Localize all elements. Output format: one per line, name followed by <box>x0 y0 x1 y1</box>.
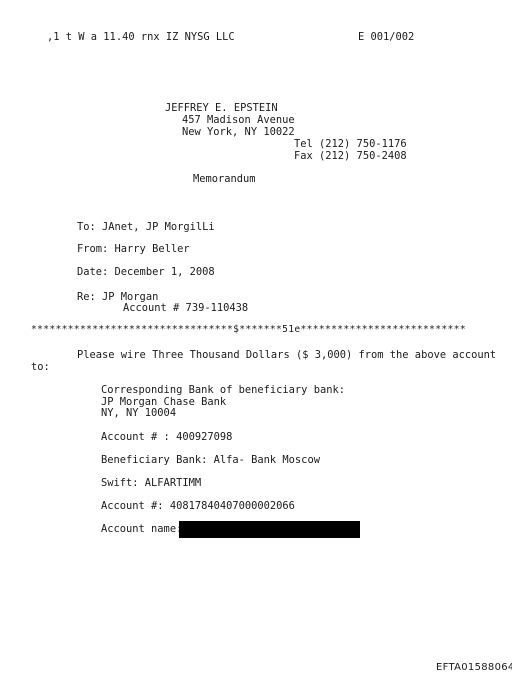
account-name-label: Account name: <box>101 523 182 535</box>
redaction-box <box>179 521 360 538</box>
letterhead-name: JEFFREY E. EPSTEIN <box>165 102 278 114</box>
wire-instruction-line1: Please wire Three Thousand Dollars ($ 3,… <box>77 349 496 361</box>
beneficiary-account-number: Account #: 40817840407000002066 <box>101 500 295 512</box>
fax-transmission-line: ,1 t W a 11.40 rnx IZ NYSG LLC <box>47 31 235 43</box>
letterhead-address-line1: 457 Madison Avenue <box>182 114 295 126</box>
swift-code: Swift: ALFARTIMM <box>101 477 201 489</box>
memo-to: To: JAnet, JP MorgilLi <box>77 221 215 233</box>
wire-instruction-line2: to: <box>31 361 50 373</box>
document-type-title: Memorandum <box>193 173 256 185</box>
memo-from: From: Harry Beller <box>77 243 190 255</box>
memo-date: Date: December 1, 2008 <box>77 266 215 278</box>
corresponding-bank-city: NY, NY 10004 <box>101 407 176 419</box>
bates-number: EFTA01588064 <box>436 662 512 674</box>
fax-page-marker: E 001/002 <box>358 31 414 43</box>
corresponding-bank-label: Corresponding Bank of beneficiary bank: <box>101 384 345 396</box>
corresponding-account-number: Account # : 400927098 <box>101 431 232 443</box>
letterhead-address-line2: New York, NY 10022 <box>182 126 295 138</box>
memo-account: Account # 739-110438 <box>123 302 248 314</box>
separator-line: *********************************$******… <box>31 324 466 336</box>
letterhead-tel: Tel (212) 750-1176 <box>294 138 407 150</box>
beneficiary-bank: Beneficiary Bank: Alfa- Bank Moscow <box>101 454 320 466</box>
letterhead-fax: Fax (212) 750-2408 <box>294 150 407 162</box>
